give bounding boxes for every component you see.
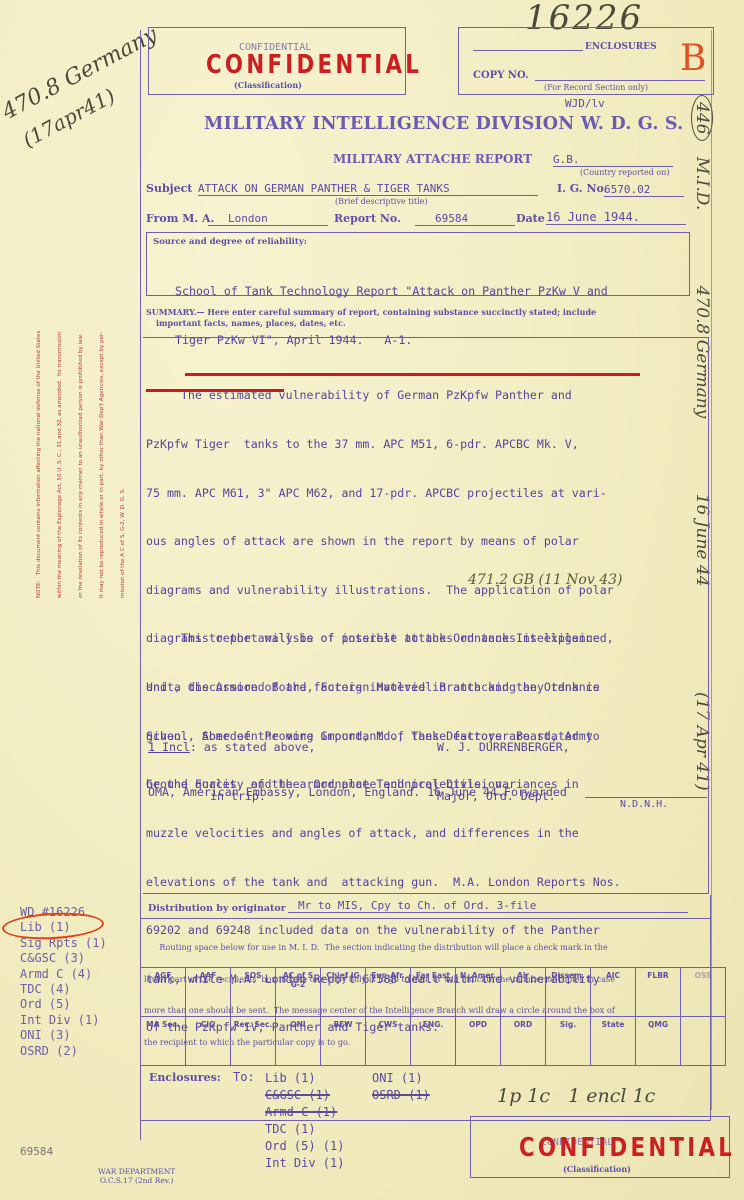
summary-line: This report will be of interest to the O… (146, 630, 600, 646)
route-box-ma-sec[interactable]: MA Sec. (141, 1017, 186, 1066)
summary-label: SUMMARY. (146, 307, 197, 317)
source-box: Source and degree of reliability: School… (146, 232, 690, 296)
left-list-item: OSRD (2) (20, 1044, 107, 1059)
source-label: Source and degree of reliability: (153, 237, 307, 247)
summary-line: 75 mm. APC M61, 3" APC M62, and 17-pdr. … (146, 485, 621, 501)
encl-item: TDC (1) (265, 1121, 344, 1138)
handwritten-left-margin-file: 470.8 Germany (17apr41) (0, 60, 140, 160)
summary-line: Unit, the Armored Board, Foreign Materie… (146, 679, 600, 695)
route-box-cws[interactable]: CWS (366, 1017, 411, 1066)
encl-item: ONI (1) (372, 1070, 430, 1087)
route-box-oni[interactable]: ONI (276, 1017, 321, 1066)
routing-row-1: AGF AAF SOS AC of S G-2 Chief IG Eur.-Af… (141, 968, 726, 1017)
handwritten-bottom-note: 1p 1c 1 encl 1c (497, 1085, 655, 1107)
subject-value: ATTACK ON GERMAN PANTHER & TIGER TANKS (198, 182, 538, 196)
signature-name: W. J. DURRENBERGER, (437, 739, 570, 755)
encl-item-struck: OSRD (1) (372, 1087, 430, 1104)
route-box-opd[interactable]: OPD (456, 1017, 501, 1066)
date-value: 16 June 1944. (546, 210, 686, 225)
country-value: G.B. (553, 153, 673, 167)
encl-item: Ord (5) (1) (265, 1138, 344, 1155)
ig-no-value: 6570.02 (604, 183, 684, 197)
classification-caption: (Classification) (234, 80, 302, 90)
left-list-item: Armd C (4) (20, 967, 107, 982)
enclosures-col-1: Lib (1) C&GSC (1) Armd C (1) TDC (1) Ord… (265, 1070, 344, 1172)
left-list-item: Int Div (1) (20, 1013, 107, 1028)
distribution-label: Distribution by originator (148, 903, 286, 914)
enclosures-label: ENCLOSURES (585, 42, 657, 52)
route-box-cig[interactable]: CIG (186, 1017, 231, 1066)
bottom-left-report-number: 69584 (20, 1145, 53, 1158)
summary-instructions: SUMMARY.— Here enter careful summary of … (146, 307, 706, 329)
from-value: London (208, 212, 328, 226)
route-box-agf[interactable]: AGF (141, 968, 186, 1017)
note-line: It may not be reproduced in whole or in … (99, 331, 106, 598)
handwritten-body-annotation: 471.2 GB (11 Nov 43) (468, 572, 623, 588)
red-underline-2 (146, 389, 284, 392)
route-box-aaf[interactable]: AAF (186, 968, 231, 1017)
enclosures-col-2: ONI (1) OSRD (1) (372, 1070, 430, 1104)
left-list-item: Ord (5) (20, 997, 107, 1012)
incl-line-1: : as stated above, (190, 740, 316, 754)
left-list-item: C&GSC (3) (20, 951, 107, 966)
red-underline-1 (185, 373, 640, 376)
forwarded-line: OMA, American Embassy, London, England. … (148, 784, 567, 800)
summary-line: PzKpfw Tiger tanks to the 37 mm. APC M51… (146, 436, 621, 452)
encl-item: Int Div (1) (265, 1155, 344, 1172)
route-box-oss[interactable]: OSS (681, 968, 726, 1017)
date-label: Date (516, 212, 545, 225)
form-id-line-2: O.C.S.17 (2nd Rev.) (98, 1177, 175, 1186)
route-box-state[interactable]: State (591, 1017, 636, 1066)
typist-initials: WJD/lv (565, 97, 605, 110)
copy-no-label: COPY NO. (473, 70, 529, 81)
classification-stamp-bottom: CONFIDENTIAL (519, 1133, 735, 1163)
summary-instr-1: — Here enter careful summary of report, … (197, 307, 597, 317)
encl-item-struck: C&GSC (1) (265, 1087, 344, 1104)
route-box-blank[interactable] (681, 1017, 726, 1066)
summary-line: muzzle velocities and angles of attack, … (146, 825, 621, 841)
routing-line: Routing space below for use in M. I. D. … (144, 942, 712, 953)
enclosures-box: ENCLOSURES COPY NO. (For Record Section … (458, 27, 714, 95)
encl-item-struck: Armd C (1) (265, 1104, 344, 1121)
route-box-sos[interactable]: SOS (231, 968, 276, 1017)
classification-box-top: CONFIDENTIAL CONFIDENTIAL (Classificatio… (148, 27, 406, 95)
route-box-far-east[interactable]: Far East (411, 968, 456, 1017)
route-box-eur-afr[interactable]: Eur.-Afr. (366, 968, 411, 1017)
from-label: From M. A. (146, 212, 214, 225)
note-line: mission of the A C of S, G-2, W. D. G. S… (120, 331, 127, 598)
enclosures-section-label: Enclosures: (149, 1071, 221, 1084)
right-mid-label: M.I.D. (692, 157, 712, 210)
espionage-note: NOTE: This document contains information… (22, 331, 134, 598)
route-box-flbr[interactable]: FLBR (636, 968, 681, 1017)
division-title: MILITARY INTELLIGENCE DIVISION W. D. G. … (204, 114, 683, 134)
inclosure-block: 1 Incl: as stated above, in trip. (148, 707, 316, 820)
note-line: within the meaning of the Espionage Act,… (57, 331, 64, 598)
route-box-chief-ig[interactable]: Chief IG (321, 968, 366, 1017)
left-list-item: TDC (4) (20, 982, 107, 997)
enclosures-to-label: To: (233, 1070, 255, 1084)
subject-caption: (Brief descriptive title) (335, 197, 428, 206)
distribution-value: Mr to MIS, Cpy to Ch. of Ord. 3-file (288, 899, 688, 913)
incl-label: 1 Incl (148, 740, 190, 754)
classification-box-bottom: CONFIDENTIAL CONFIDENTIAL (Classificatio… (470, 1116, 730, 1178)
route-box-eng[interactable]: ENG. (411, 1017, 456, 1066)
summary-line: elevations of the tank and attacking gun… (146, 874, 621, 890)
report-no-value: 69584 (415, 212, 515, 226)
summary-instr-2: important facts, names, places, dates, e… (146, 318, 346, 328)
copy-no-field[interactable] (535, 80, 705, 81)
route-box-qmg[interactable]: QMG (636, 1017, 681, 1066)
route-box-rec-sec[interactable]: Rec. Sec. (231, 1017, 276, 1066)
copy-no-caption: (For Record Section only) (544, 83, 648, 92)
route-box-sig[interactable]: Sig. (546, 1017, 591, 1066)
note-line: NOTE: This document contains information… (36, 331, 43, 598)
circled-number: 446 (691, 95, 713, 141)
encl-item: Lib (1) (265, 1070, 344, 1087)
route-box-dissem[interactable]: Dissem. (546, 968, 591, 1017)
route-box-ac-of-s-g2[interactable]: AC of S G-2 (276, 968, 321, 1017)
note-line: or the revelation of its contents in any… (78, 331, 85, 598)
route-box-ord[interactable]: ORD (501, 1017, 546, 1066)
classification-stamp: CONFIDENTIAL (206, 50, 422, 80)
form-id: WAR DEPARTMENT O.C.S.17 (2nd Rev.) (98, 1168, 175, 1185)
report-no-label: Report No. (334, 212, 401, 225)
forwarded-initials: N.D.N.H. (620, 799, 668, 810)
signature-block: W. J. DURRENBERGER, Major, Ord. Dept. (437, 707, 570, 820)
route-box-air[interactable]: Air (501, 968, 546, 1017)
routing-grid: AGF AAF SOS AC of S G-2 Chief IG Eur.-Af… (140, 967, 726, 1066)
route-box-aic[interactable]: AIC (591, 968, 636, 1017)
routing-row-2: MA Sec. CIG Rec. Sec. ONI BEW CWS ENG. O… (141, 1017, 726, 1066)
source-line: School of Tank Technology Report "Attack… (175, 283, 608, 299)
left-list-item: ONI (3) (20, 1028, 107, 1043)
subject-label: Subject (146, 182, 192, 195)
country-caption: (Country reported on) (580, 168, 670, 177)
route-box-n-amer[interactable]: N. Amer. (456, 968, 501, 1017)
route-box-bew[interactable]: BEW (321, 1017, 366, 1066)
summary-line: ous angles of attack are shown in the re… (146, 533, 621, 549)
report-type: MILITARY ATTACHE REPORT (333, 152, 532, 166)
classification-caption-bottom: (Classification) (563, 1164, 631, 1174)
ig-no-label: I. G. No. (557, 182, 608, 195)
